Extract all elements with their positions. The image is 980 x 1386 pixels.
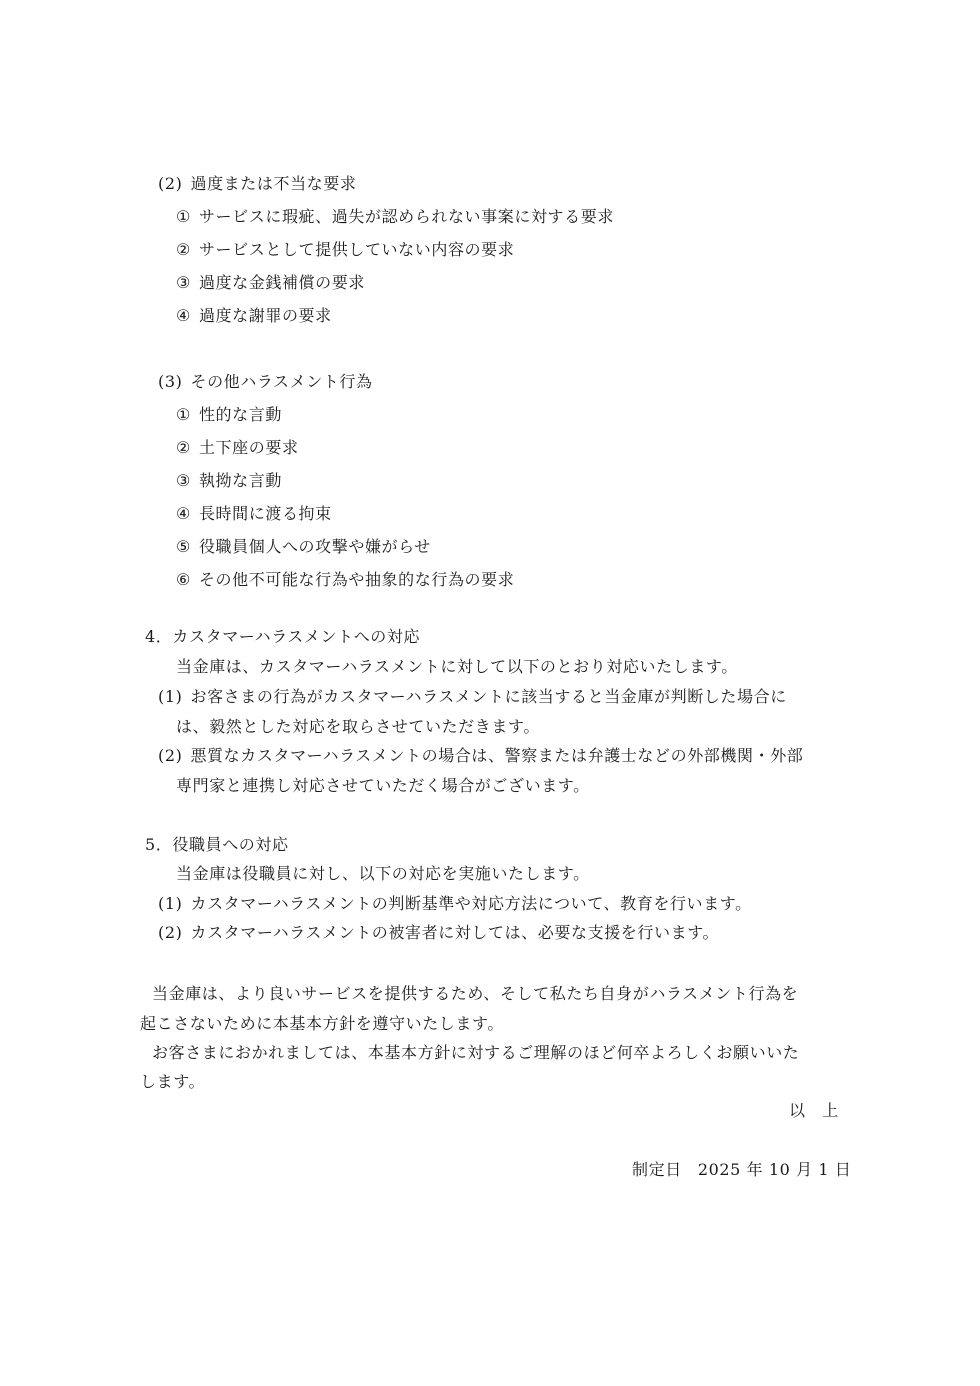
item-marker: ① bbox=[176, 405, 191, 424]
item-marker: ④ bbox=[176, 504, 191, 523]
closing-paragraph-line: 起こさないために本基本方針を遵守いたします。 bbox=[140, 1014, 504, 1034]
closing-paragraph-line: 当金庫は、より良いサービスを提供するため、そして私たち自身がハラスメント行為を bbox=[152, 984, 798, 1004]
paragraph-label: (1) bbox=[158, 894, 182, 913]
numbered-paragraph: (2)悪質なカスタマーハラスメントの場合は、警察または弁護士などの外部機関・外部 bbox=[158, 746, 803, 766]
list-item: ①サービスに瑕疵、過失が認められない事案に対する要求 bbox=[176, 207, 614, 227]
closing-paragraph-line: お客さまにおかれましては、本基本方針に対するご理解のほど何卒よろしくお願いいた bbox=[152, 1043, 799, 1063]
paragraph-text: 悪質なカスタマーハラスメントの場合は、警察または弁護士などの外部機関・外部 bbox=[190, 746, 803, 765]
numbered-paragraph: (1)お客さまの行為がカスタマーハラスメントに該当すると当金庫が判断した場合に bbox=[158, 687, 787, 707]
section-number: 4． bbox=[145, 627, 172, 646]
subsection-label: (3) bbox=[158, 372, 182, 392]
list-item: ③過度な金銭補償の要求 bbox=[176, 273, 365, 293]
item-text: 執拗な言動 bbox=[199, 471, 282, 490]
paragraph-label: (1) bbox=[158, 687, 182, 706]
item-marker: ⑥ bbox=[176, 570, 191, 589]
subsection-title: その他ハラスメント行為 bbox=[190, 372, 372, 391]
closing-paragraph-line: します。 bbox=[140, 1072, 205, 1092]
item-marker: ② bbox=[176, 240, 191, 259]
paragraph-continuation: は、毅然とした対応を取らさせていただきます。 bbox=[176, 717, 540, 737]
list-item: ⑤役職員個人への攻撃や嫌がらせ bbox=[176, 537, 431, 557]
list-item: ④長時間に渡る拘束 bbox=[176, 504, 332, 524]
paragraph-label: (2) bbox=[158, 923, 182, 942]
section-intro: 当金庫は役職員に対し、以下の対応を実施いたします。 bbox=[176, 864, 590, 884]
item-text: 長時間に渡る拘束 bbox=[199, 504, 332, 523]
item-text: 過度な謝罪の要求 bbox=[199, 306, 332, 325]
list-item: ①性的な言動 bbox=[176, 405, 282, 425]
established-value: 2025 年 10 月 1 日 bbox=[698, 1160, 852, 1179]
section-heading: 5．役職員への対応 bbox=[145, 835, 289, 855]
paragraph-continuation: 専門家と連携し対応させていただく場合がございます。 bbox=[176, 776, 590, 796]
subsection-heading: (3)その他ハラスメント行為 bbox=[158, 372, 373, 392]
end-mark: 以 上 bbox=[789, 1101, 839, 1121]
item-text: 土下座の要求 bbox=[199, 438, 299, 457]
list-item: ④過度な謝罪の要求 bbox=[176, 306, 332, 326]
item-text: その他不可能な行為や抽象的な行為の要求 bbox=[199, 570, 514, 589]
paragraph-label: (2) bbox=[158, 746, 182, 765]
item-text: サービスとして提供していない内容の要求 bbox=[199, 240, 514, 259]
item-marker: ④ bbox=[176, 306, 191, 325]
item-marker: ⑤ bbox=[176, 537, 191, 556]
item-text: 過度な金銭補償の要求 bbox=[199, 273, 365, 292]
subsection-title: 過度または不当な要求 bbox=[190, 174, 356, 193]
item-text: サービスに瑕疵、過失が認められない事案に対する要求 bbox=[199, 207, 614, 226]
numbered-paragraph: (1)カスタマーハラスメントの判断基準や対応方法について、教育を行います。 bbox=[158, 894, 752, 914]
paragraph-text: カスタマーハラスメントの判断基準や対応方法について、教育を行います。 bbox=[190, 894, 751, 913]
list-item: ②土下座の要求 bbox=[176, 438, 299, 458]
list-item: ⑥その他不可能な行為や抽象的な行為の要求 bbox=[176, 570, 514, 590]
subsection-heading: (2)過度または不当な要求 bbox=[158, 174, 356, 194]
section-title: 役職員への対応 bbox=[172, 835, 288, 854]
subsection-label: (2) bbox=[158, 174, 182, 194]
list-item: ②サービスとして提供していない内容の要求 bbox=[176, 240, 514, 260]
document-page: (2)過度または不当な要求 ①サービスに瑕疵、過失が認められない事案に対する要求… bbox=[0, 0, 980, 1386]
item-marker: ① bbox=[176, 207, 191, 226]
established-date: 制定日2025 年 10 月 1 日 bbox=[632, 1160, 852, 1180]
item-marker: ③ bbox=[176, 471, 191, 490]
section-heading: 4．カスタマーハラスメントへの対応 bbox=[145, 627, 420, 647]
item-text: 性的な言動 bbox=[199, 405, 282, 424]
paragraph-text: カスタマーハラスメントの被害者に対しては、必要な支援を行います。 bbox=[190, 923, 719, 942]
section-title: カスタマーハラスメントへの対応 bbox=[172, 627, 420, 646]
established-label: 制定日 bbox=[632, 1160, 682, 1179]
paragraph-text: お客さまの行為がカスタマーハラスメントに該当すると当金庫が判断した場合に bbox=[190, 687, 786, 706]
list-item: ③執拗な言動 bbox=[176, 471, 282, 491]
item-marker: ③ bbox=[176, 273, 191, 292]
section-number: 5． bbox=[145, 835, 172, 854]
item-marker: ② bbox=[176, 438, 191, 457]
section-intro: 当金庫は、カスタマーハラスメントに対して以下のとおり対応いたします。 bbox=[176, 657, 738, 677]
numbered-paragraph: (2)カスタマーハラスメントの被害者に対しては、必要な支援を行います。 bbox=[158, 923, 719, 943]
item-text: 役職員個人への攻撃や嫌がらせ bbox=[199, 537, 431, 556]
